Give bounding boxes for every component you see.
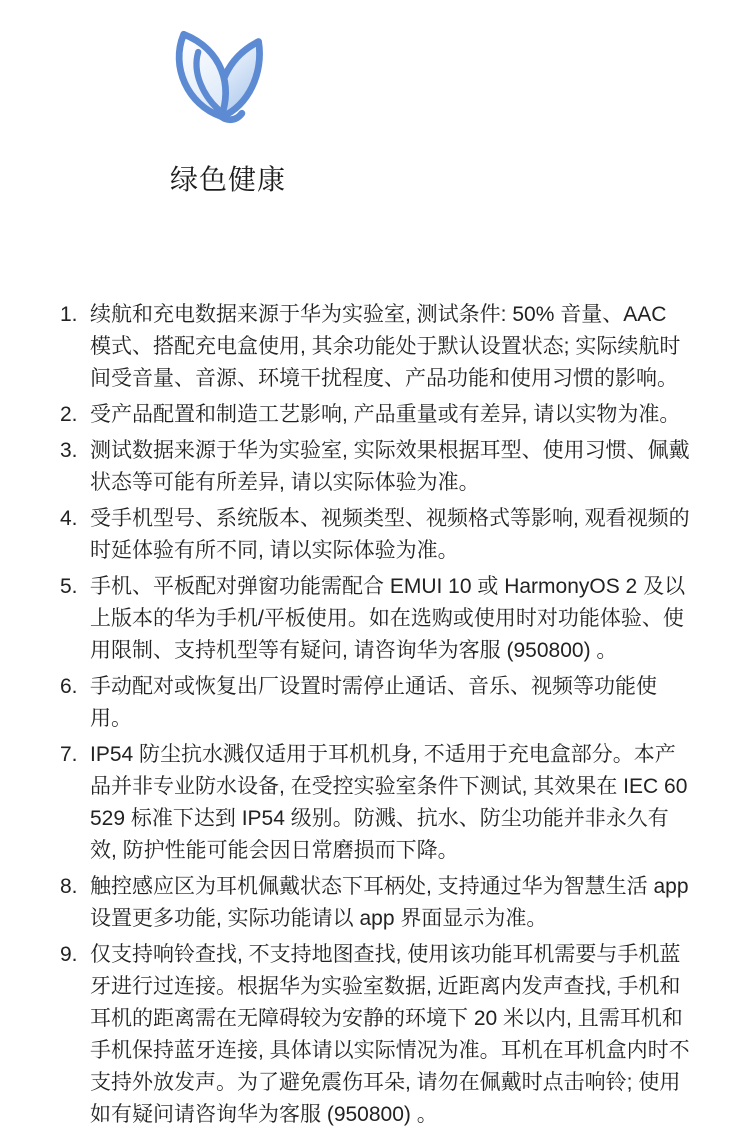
page-title: 绿色健康 [170,158,286,198]
note-text: 仅支持响铃查找, 不支持地图查找, 使用该功能耳机需要与手机蓝牙进行过连接。根据… [90,939,692,1131]
note-number: 7. [60,739,90,771]
note-text: 测试数据来源于华为实验室, 实际效果根据耳型、使用习惯、佩戴状态等可能有所差异,… [90,435,692,499]
leaf-icon [166,24,270,134]
note-number: 6. [60,671,90,703]
note-item-9: 9. 仅支持响铃查找, 不支持地图查找, 使用该功能耳机需要与手机蓝牙进行过连接… [60,939,692,1131]
note-number: 4. [60,503,90,535]
note-text: 续航和充电数据来源于华为实验室, 测试条件: 50% 音量、AAC 模式、搭配充… [90,299,692,395]
note-text: 受手机型号、系统版本、视频类型、视频格式等影响, 观看视频的时延体验有所不同, … [90,503,692,567]
note-number: 8. [60,871,90,903]
note-item-8: 8. 触控感应区为耳机佩戴状态下耳柄处, 支持通过华为智慧生活 app 设置更多… [60,871,692,935]
note-text: 受产品配置和制造工艺影响, 产品重量或有差异, 请以实物为准。 [90,399,692,431]
note-number: 2. [60,399,90,431]
note-number: 5. [60,571,90,603]
note-item-2: 2. 受产品配置和制造工艺影响, 产品重量或有差异, 请以实物为准。 [60,399,692,431]
note-number: 3. [60,435,90,467]
note-text: 触控感应区为耳机佩戴状态下耳柄处, 支持通过华为智慧生活 app 设置更多功能,… [90,871,692,935]
note-item-3: 3. 测试数据来源于华为实验室, 实际效果根据耳型、使用习惯、佩戴状态等可能有所… [60,435,692,499]
note-number: 1. [60,299,90,331]
notes-list: 1. 续航和充电数据来源于华为实验室, 测试条件: 50% 音量、AAC 模式、… [60,299,692,1135]
note-text: 手动配对或恢复出厂设置时需停止通话、音乐、视频等功能使用。 [90,671,692,735]
note-number: 9. [60,939,90,971]
note-item-1: 1. 续航和充电数据来源于华为实验室, 测试条件: 50% 音量、AAC 模式、… [60,299,692,395]
note-item-6: 6. 手动配对或恢复出厂设置时需停止通话、音乐、视频等功能使用。 [60,671,692,735]
note-item-7: 7. IP54 防尘抗水溅仅适用于耳机机身, 不适用于充电盒部分。本产品并非专业… [60,739,692,867]
note-item-4: 4. 受手机型号、系统版本、视频类型、视频格式等影响, 观看视频的时延体验有所不… [60,503,692,567]
header: 绿色健康 [166,24,270,134]
note-text: 手机、平板配对弹窗功能需配合 EMUI 10 或 HarmonyOS 2 及以上… [90,571,692,667]
note-text: IP54 防尘抗水溅仅适用于耳机机身, 不适用于充电盒部分。本产品并非专业防水设… [90,739,692,867]
note-item-5: 5. 手机、平板配对弹窗功能需配合 EMUI 10 或 HarmonyOS 2 … [60,571,692,667]
